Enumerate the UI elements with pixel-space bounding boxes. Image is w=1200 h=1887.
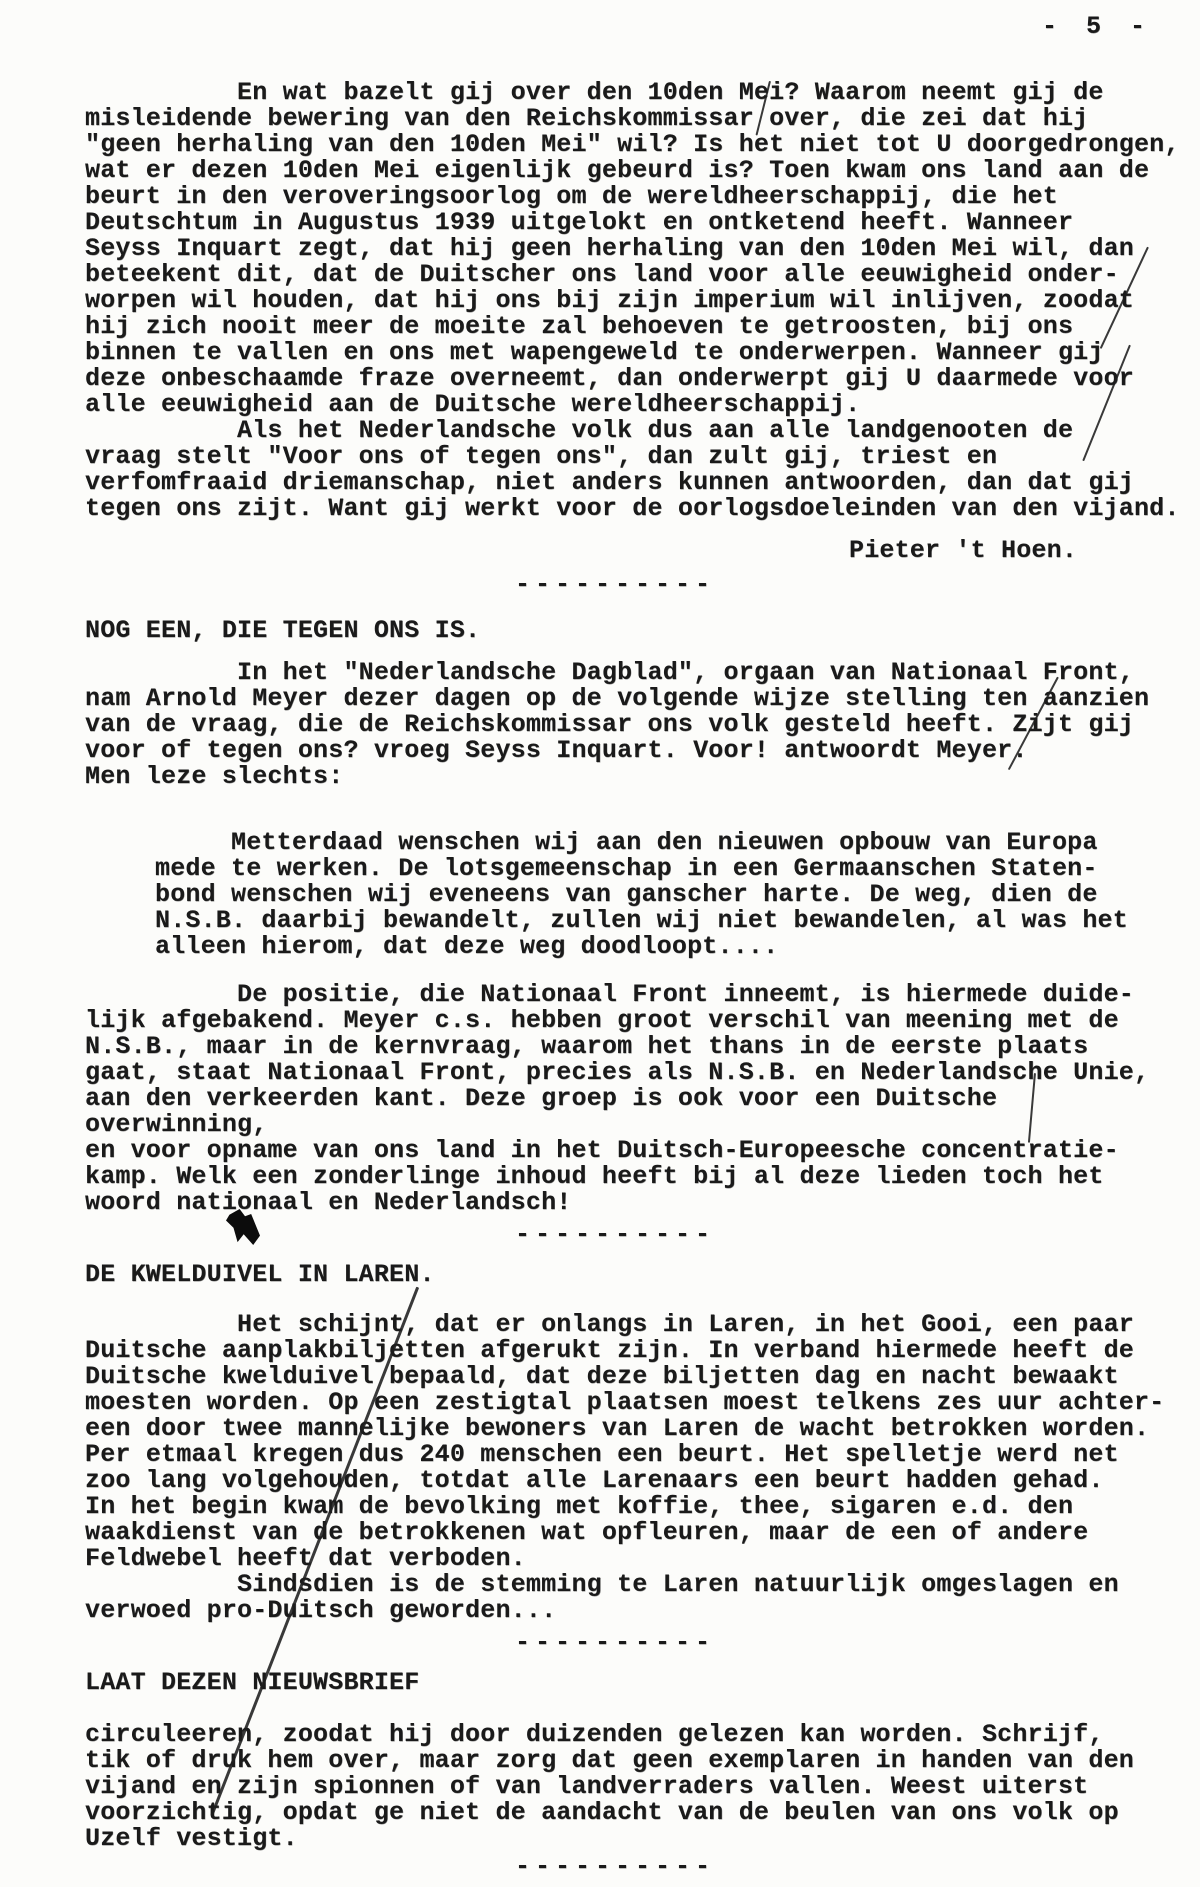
nog-een-commentary-paragraph: De positie, die Nationaal Front inneemt,…: [85, 982, 1191, 1216]
section-heading-kwelduivel: DE KWELDUIVEL IN LAREN.: [85, 1262, 1191, 1288]
text-column: En wat bazelt gij over den 10den Mei? Wa…: [85, 80, 1191, 1880]
opening-paragraph: En wat bazelt gij over den 10den Mei? Wa…: [85, 80, 1191, 522]
section-heading-nieuwsbrief: LAAT DEZEN NIEUWSBRIEF: [85, 1670, 1191, 1696]
kwelduivel-paragraph: Het schijnt, dat er onlangs in Laren, in…: [85, 1312, 1191, 1624]
divider: ----------: [85, 1630, 1191, 1656]
signature: Pieter 't Hoen.: [85, 538, 1191, 564]
divider: ----------: [85, 572, 1191, 598]
section-heading-nog-een: NOG EEN, DIE TEGEN ONS IS.: [85, 618, 1191, 644]
nog-een-intro-paragraph: In het "Nederlandsche Dagblad", orgaan v…: [85, 660, 1191, 790]
divider: ----------: [85, 1854, 1191, 1880]
quote-block: Metterdaad wenschen wij aan den nieuwen …: [155, 830, 1191, 960]
document-page: - 5 - En wat bazelt gij over den 10den M…: [0, 0, 1200, 1887]
page-number: - 5 -: [1042, 14, 1152, 40]
nieuwsbrief-paragraph: circuleeren, zoodat hij door duizenden g…: [85, 1722, 1191, 1852]
